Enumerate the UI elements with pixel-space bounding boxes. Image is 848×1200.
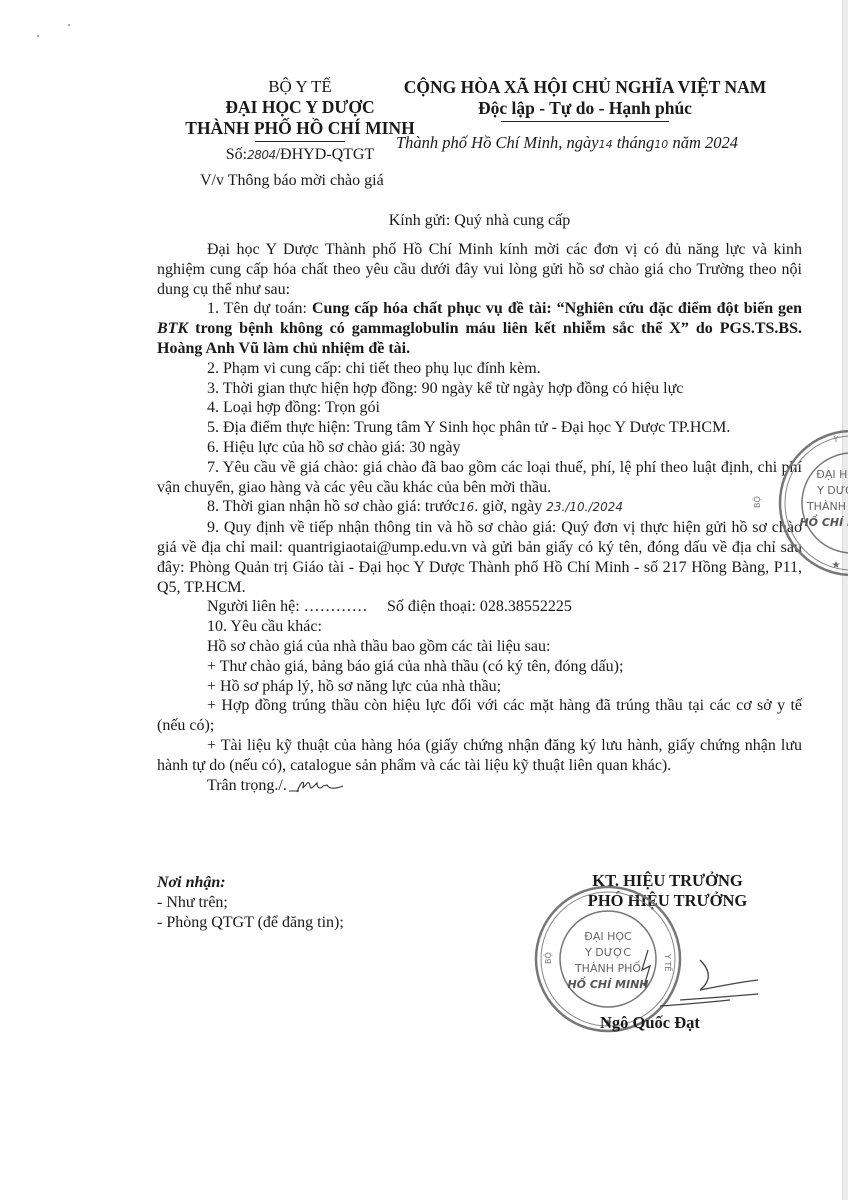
ministry-name: BỘ Y TẾ: [180, 76, 420, 97]
handwritten-signature-icon: [640, 940, 760, 1020]
scan-speck: [68, 24, 70, 26]
item-1-gene: BTK: [157, 320, 188, 337]
requirement-2: + Hồ sơ pháp lý, hồ sơ năng lực của nhà …: [157, 677, 802, 697]
date-day-handwritten: 14: [599, 138, 613, 151]
item-10: 10. Yêu cầu khác:: [157, 617, 802, 637]
university-name-line1: ĐẠI HỌC Y DƯỢC: [180, 97, 420, 118]
date-month-label: tháng: [613, 133, 655, 152]
recipient-item: - Như trên;: [157, 893, 344, 913]
page-edge: [842, 0, 848, 1200]
item-1-title-b: trong bệnh không có gammaglobulin máu li…: [157, 320, 802, 357]
date-line: Thành phố Hồ Chí Minh, ngày14 tháng10 nă…: [396, 133, 738, 153]
svg-text:THÀNH PHỐ: THÀNH PHỐ: [806, 499, 848, 513]
svg-text:ĐẠI HỌC: ĐẠI HỌC: [816, 468, 848, 481]
svg-text:Y DƯỢC: Y DƯỢC: [816, 484, 848, 497]
item-2: 2. Phạm vi cung cấp: chi tiết theo phụ l…: [157, 359, 802, 379]
svg-text:HỒ CHÍ MINH: HỒ CHÍ MINH: [567, 976, 648, 991]
requirement-3: + Hợp đồng trúng thầu còn hiệu lực đối v…: [157, 696, 802, 736]
item-8: 8. Thời gian nhận hồ sơ chào giá: trước1…: [157, 497, 802, 518]
intro-paragraph: Đại học Y Dược Thành phố Hồ Chí Minh kín…: [157, 240, 802, 299]
initials-signature-icon: [287, 777, 345, 795]
item-6: 6. Hiệu lực của hồ sơ chào giá: 30 ngày: [157, 438, 802, 458]
doc-number-suffix: /ĐHYD-QTGT: [276, 146, 375, 163]
contact-phone: Số điện thoại: 028.38552225: [387, 598, 572, 615]
university-name-line2: THÀNH PHỐ HỒ CHÍ MINH: [180, 118, 420, 139]
date-year-label: năm 2024: [668, 133, 738, 152]
item-5: 5. Địa điểm thực hiện: Trung tâm Y Sinh …: [157, 418, 802, 438]
national-motto: Độc lập - Tự do - Hạnh phúc: [390, 98, 780, 119]
item-8-prefix: 8. Thời gian nhận hồ sơ chào giá: trước: [207, 498, 459, 515]
item-8-hour-handwritten: 16: [459, 500, 474, 514]
document-number: Số:2804/ĐHYD-QTGT: [180, 145, 420, 165]
issuer-underline: [255, 141, 345, 142]
doc-number-handwritten: 2804: [247, 148, 276, 162]
greeting: Kính gửi: Quý nhà cung cấp: [157, 212, 802, 230]
item-1: 1. Tên dự toán: Cung cấp hóa chất phục v…: [157, 299, 802, 358]
closing-text: Trân trọng./.: [207, 777, 287, 794]
recipients-block: Nơi nhận: - Như trên; - Phòng QTGT (để đ…: [157, 873, 344, 933]
item-10-intro: Hồ sơ chào giá của nhà thầu bao gồm các …: [157, 637, 802, 657]
item-7: 7. Yêu cầu về giá chào: giá chào đã bao …: [157, 458, 802, 498]
item-1-label: 1. Tên dự toán:: [207, 300, 312, 317]
national-header: CỘNG HÒA XÃ HỘI CHỦ NGHĨA VIỆT NAM Độc l…: [390, 76, 780, 122]
svg-text:Y: Y: [833, 435, 839, 444]
requirement-1: + Thư chào giá, bảng báo giá của nhà thầ…: [157, 657, 802, 677]
svg-text:HỒ CHÍ MINH: HỒ CHÍ MINH: [799, 514, 848, 529]
doc-number-prefix: Số:: [226, 146, 247, 163]
date-month-handwritten: 10: [654, 138, 668, 151]
requirement-4: + Tài liệu kỹ thuật của hàng hóa (giấy c…: [157, 736, 802, 776]
contact-line: Người liên hệ: …………Số điện thoại: 028.38…: [157, 597, 802, 617]
contact-person: Người liên hệ: …………: [207, 597, 387, 617]
svg-text:BỘ: BỘ: [752, 496, 762, 508]
svg-text:BỘ: BỘ: [542, 952, 553, 964]
svg-text:★: ★: [832, 560, 841, 571]
item-8-date-handwritten: 23./10./2024: [546, 500, 623, 514]
date-prefix: Thành phố Hồ Chí Minh, ngày: [396, 133, 599, 152]
document-subject: V/v Thông báo mời chào giá: [200, 172, 384, 190]
svg-text:THÀNH PHỐ: THÀNH PHỐ: [574, 961, 641, 975]
partial-seal-icon: Y ĐẠI HỌC Y DƯỢC THÀNH PHỐ HỒ CHÍ MINH B…: [752, 428, 848, 578]
recipients-title: Nơi nhận:: [157, 873, 344, 893]
closing-line: Trân trọng./.: [157, 776, 802, 796]
national-title: CỘNG HÒA XÃ HỘI CHỦ NGHĨA VIỆT NAM: [390, 76, 780, 98]
signer-name: Ngô Quốc Đạt: [600, 1013, 700, 1033]
issuer-block: BỘ Y TẾ ĐẠI HỌC Y DƯỢC THÀNH PHỐ HỒ CHÍ …: [180, 76, 420, 165]
item-1-title-a: Cung cấp hóa chất phục vụ đề tài: “Nghiê…: [312, 300, 802, 317]
item-3: 3. Thời gian thực hiện hợp đồng: 90 ngày…: [157, 379, 802, 399]
recipient-item: - Phòng QTGT (để đăng tin);: [157, 913, 344, 933]
svg-text:ĐẠI HỌC: ĐẠI HỌC: [584, 930, 632, 943]
item-9: 9. Quy định về tiếp nhận thông tin và hồ…: [157, 518, 802, 597]
letter-body: Đại học Y Dược Thành phố Hồ Chí Minh kín…: [157, 240, 802, 795]
item-4: 4. Loại hợp đồng: Trọn gói: [157, 398, 802, 418]
motto-underline: [501, 121, 669, 122]
scan-speck: [37, 35, 39, 37]
item-8-mid: . giờ, ngày: [474, 498, 546, 515]
svg-text:Y DƯỢC: Y DƯỢC: [584, 946, 631, 959]
